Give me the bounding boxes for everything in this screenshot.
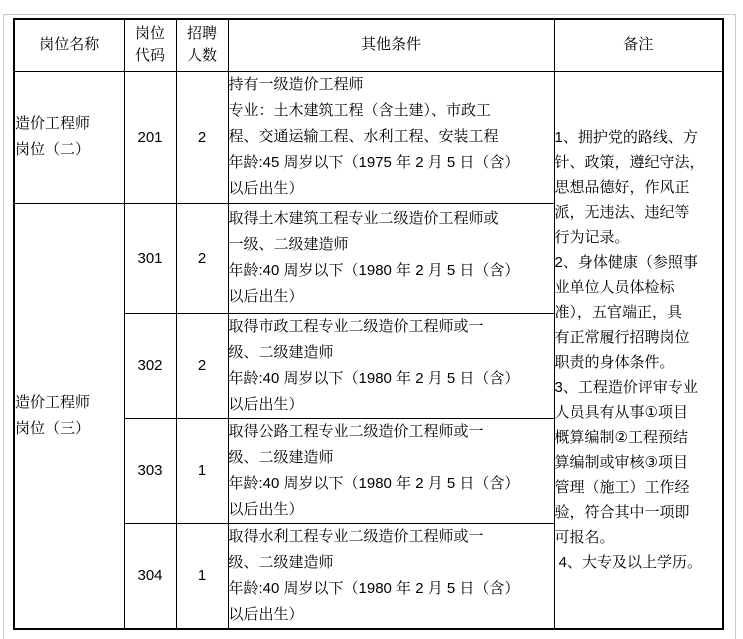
header-remarks: 备注 <box>554 19 723 71</box>
header-recruit-count: 招聘 人数 <box>176 19 228 71</box>
count-cell-201: 2 <box>176 71 228 203</box>
code-cell-302: 302 <box>124 313 176 418</box>
conditions-cell-301: 取得土木建筑工程专业二级造价工程师或 一级、二级建造师 年龄:40 周岁以下（1… <box>228 203 554 313</box>
table-header-row: 岗位名称 岗位 代码 招聘 人数 其他条件 备注 <box>14 19 723 71</box>
header-position-name: 岗位名称 <box>14 19 124 71</box>
header-other-conditions: 其他条件 <box>228 19 554 71</box>
code-cell-304: 304 <box>124 523 176 629</box>
table-row: 造价工程师 岗位（二） 201 2 持有一级造价工程师 专业：土木建筑工程（含土… <box>14 71 723 203</box>
remarks-cell: 1、拥护党的路线、方 针、政策，遵纪守法， 思想品德好，作风正 派，无违法、违纪… <box>554 71 723 629</box>
position-cell-group-2: 造价工程师 岗位（二） <box>14 71 124 203</box>
content-frame: 岗位名称 岗位 代码 招聘 人数 其他条件 备注 造价工程师 岗位（二） 201… <box>3 14 736 639</box>
count-cell-301: 2 <box>176 203 228 313</box>
conditions-cell-303: 取得公路工程专业二级造价工程师或一 级、二级建造师 年龄:40 周岁以下（198… <box>228 418 554 523</box>
header-position-code: 岗位 代码 <box>124 19 176 71</box>
count-cell-303: 1 <box>176 418 228 523</box>
conditions-cell-201: 持有一级造价工程师 专业：土木建筑工程（含土建）、市政工 程、交通运输工程、水利… <box>228 71 554 203</box>
conditions-cell-302: 取得市政工程专业二级造价工程师或一 级、二级建造师 年龄:40 周岁以下（198… <box>228 313 554 418</box>
count-cell-302: 2 <box>176 313 228 418</box>
conditions-cell-304: 取得水利工程专业二级造价工程师或一 级、二级建造师 年龄:40 周岁以下（198… <box>228 523 554 629</box>
code-cell-301: 301 <box>124 203 176 313</box>
position-cell-group-3: 造价工程师 岗位（三） <box>14 203 124 629</box>
code-cell-201: 201 <box>124 71 176 203</box>
count-cell-304: 1 <box>176 523 228 629</box>
code-cell-303: 303 <box>124 418 176 523</box>
recruitment-table: 岗位名称 岗位 代码 招聘 人数 其他条件 备注 造价工程师 岗位（二） 201… <box>13 18 724 630</box>
